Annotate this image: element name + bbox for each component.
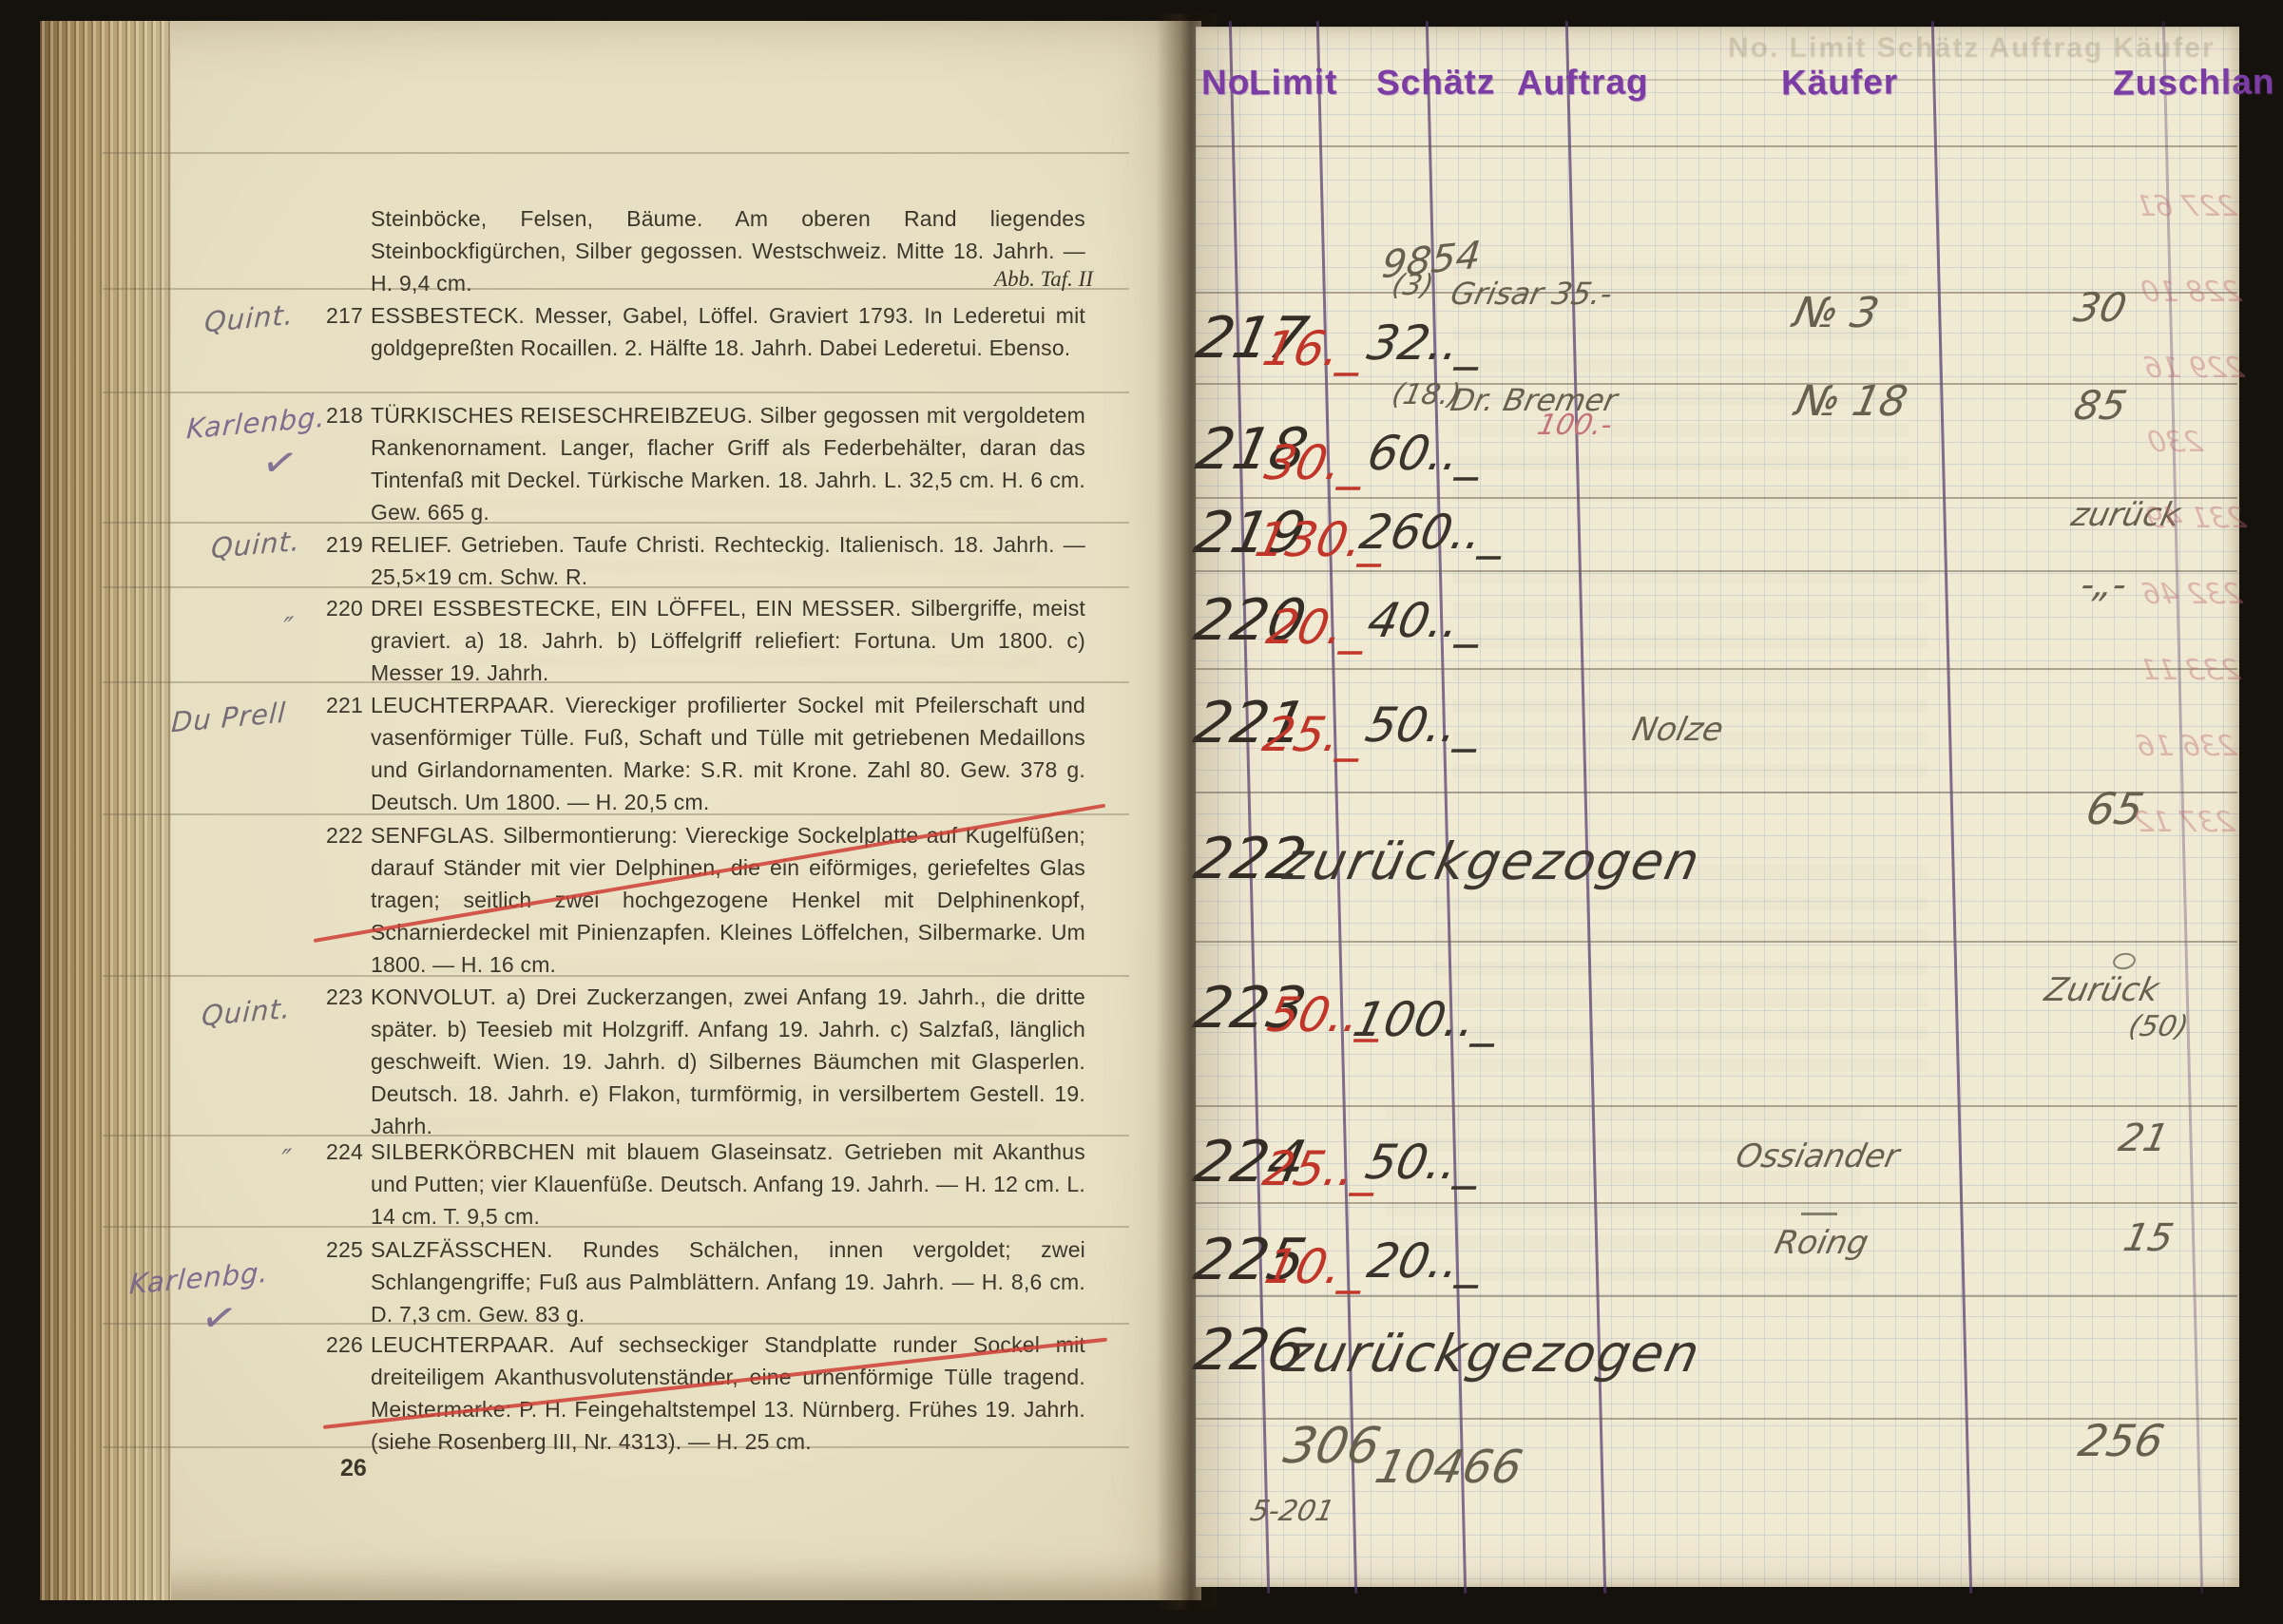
row-rule (1196, 941, 2237, 943)
margin-note-220-ditto: ″ (282, 610, 296, 643)
entry-text: SENFGLAS. Silbermontierung: Viereckige S… (371, 823, 1085, 977)
withdrawn-note: zurückgezogen (1279, 836, 1705, 888)
catalog-entry-225: 225 SALZFÄSSCHEN. Rundes Schälchen, inne… (371, 1233, 1085, 1330)
schaetz-value: 60.._ (1364, 430, 1488, 477)
rule-line (103, 152, 1129, 154)
kaeufer-entry: Roing (1772, 1227, 1871, 1259)
entry-text: ESSBESTECK. Messer, Gabel, Löffel. Gravi… (371, 303, 1085, 360)
catalog-entry-217: 217 ESSBESTECK. Messer, Gabel, Löffel. G… (371, 299, 1085, 364)
limit-value: 10._ (1261, 1243, 1371, 1290)
schaetz-value: 40.._ (1364, 597, 1488, 644)
bleedthrough-number: 233 11 (2138, 654, 2243, 687)
entry-number: 224 (310, 1136, 363, 1168)
header-auftrag: Auftrag (1517, 62, 1649, 103)
limit-value: 16._ (1259, 325, 1369, 373)
bleedthrough-number: 237 12 (2132, 806, 2237, 839)
zuschlag-value: 30 (2071, 288, 2130, 328)
schaetz-value: 20.._ (1364, 1237, 1488, 1285)
limit-value: 20._ (1263, 603, 1372, 651)
auftrag-entry: Grisar 35.- (1448, 278, 1616, 309)
catalog-entry-223: 223 KONVOLUT. a) Drei Zuckerzangen, zwei… (371, 981, 1085, 1142)
catalog-entry-218: 218 TÜRKISCHES REISESCHREIBZEUG. Silber … (371, 399, 1085, 528)
schaetz-value: 260.._ (1356, 508, 1511, 556)
schaetz-prenote: (3) (1390, 272, 1436, 300)
entry-number: 217 (310, 299, 363, 332)
entry-text: LEUCHTERPAAR. Auf sechseckiger Standplat… (371, 1332, 1085, 1454)
bleedthrough-number: 236 16 (2134, 730, 2239, 763)
row-rule (1196, 570, 2237, 572)
rule-line (103, 392, 1129, 393)
bleedthrough-number: 228 10 (2139, 276, 2244, 309)
header-kaeufer: Käufer (1781, 62, 1899, 103)
header-limit: Limit (1249, 63, 1338, 104)
kaeufer-entry: Ossiander (1733, 1140, 1902, 1173)
checkmark-icon: ✓ (197, 1291, 241, 1347)
catalog-entry-220: 220 DREI ESSBESTECKE, EIN LÖFFEL, EIN ME… (371, 592, 1085, 689)
zuschlag-value: 15 (2120, 1219, 2177, 1257)
margin-note-223: Quint. (201, 992, 292, 1033)
left-page: Steinböcke, Felsen, Bäume. Am oberen Ran… (40, 21, 1201, 1600)
zuschlag-circle-mark (2111, 951, 2137, 972)
schaetz-value: 50.._ (1362, 1138, 1487, 1186)
kaeufer-entry: № 3 (1790, 293, 1882, 334)
schaetz-value: 100.._ (1350, 996, 1505, 1043)
entry-text: TÜRKISCHES REISESCHREIBZEUG. Silber gego… (371, 403, 1085, 525)
row-rule (1196, 1202, 2237, 1204)
schaetz-value: 50.._ (1362, 701, 1487, 749)
entry-text: KONVOLUT. a) Drei Zuckerzangen, zwei Anf… (371, 984, 1085, 1138)
margin-note-217: Quint. (203, 298, 295, 339)
total-limit-sub: 5-201 (1248, 1498, 1337, 1526)
margin-note-218: Karlenbg. (185, 400, 326, 445)
row-rule (1196, 1295, 2237, 1297)
entry-number: 225 (310, 1233, 363, 1266)
entry-number: 222 (310, 819, 363, 851)
limit-value: 25._ (1259, 711, 1369, 758)
bleedthrough-number: 231 49 (2143, 502, 2249, 535)
total-zuschlag: 256 (2075, 1419, 2168, 1462)
entry-number: 223 (310, 981, 363, 1013)
entry-number: 226 (310, 1328, 363, 1361)
auftrag-amount: 100.- (1535, 411, 1615, 440)
zuschlag-note: Zurück (2042, 974, 2161, 1006)
catalog-entry-222: 222 SENFGLAS. Silbermontierung: Vierecki… (371, 819, 1085, 981)
column-rule (1931, 21, 1972, 1594)
entry-text: RELIEF. Getrieben. Taufe Christi. Rechte… (371, 532, 1085, 589)
book-photo: Steinböcke, Felsen, Bäume. Am oberen Ran… (0, 0, 2283, 1624)
row-rule (1196, 1105, 2237, 1107)
bleedthrough-number: 229 16 (2141, 352, 2247, 385)
print-bleedthrough (1433, 863, 1928, 1072)
entry-number: 221 (310, 689, 363, 721)
entry-number: 219 (310, 528, 363, 561)
entry-text: SALZFÄSSCHEN. Rundes Schälchen, innen ve… (371, 1237, 1085, 1327)
total-schaetz: 10466 (1372, 1444, 1526, 1490)
kaeufer-entry: Nolze (1629, 714, 1726, 746)
row-rule (1196, 79, 2237, 81)
catalog-entry-219: 219 RELIEF. Getrieben. Taufe Christi. Re… (371, 528, 1085, 593)
withdrawn-note: zurückgezogen (1279, 1328, 1705, 1380)
margin-note-221: Du Prell (170, 697, 287, 739)
row-rule (1196, 792, 2237, 793)
catalog-entry-226: 226 LEUCHTERPAAR. Auf sechseckiger Stand… (371, 1328, 1085, 1458)
zuschlag-ditto: -„- (2078, 566, 2130, 602)
page-stack-edge (40, 21, 171, 1600)
schaetz-value: 32.._ (1364, 319, 1488, 367)
catalog-entry-221: 221 LEUCHTERPAAR. Viereckiger profiliert… (371, 689, 1085, 818)
total-limit: 306 (1279, 1422, 1384, 1471)
header-schaetz: Schätz (1376, 62, 1496, 103)
catalog-entry-224: 224 SILBERKÖRBCHEN mit blauem Glaseinsat… (371, 1136, 1085, 1232)
bleedthrough-number: 230 (2145, 426, 2205, 459)
zuschlag-value: 21 (2116, 1119, 2172, 1157)
plate-reference: Abb. Taf. II (941, 267, 1093, 292)
zuschlag-subnote: (50) (2126, 1013, 2191, 1041)
right-page-ledger: No. Limit Schätz Auftrag Käufer No. Limi… (1196, 27, 2239, 1587)
limit-value: 30._ (1261, 439, 1371, 487)
header-bleedthrough: No. Limit Schätz Auftrag Käufer (1728, 32, 2216, 65)
header-zuschlag: Zuschlan (2113, 62, 2275, 103)
margin-note-219: Quint. (210, 525, 301, 565)
entry-text: SILBERKÖRBCHEN mit blauem Glaseinsatz. G… (371, 1139, 1085, 1229)
row-rule (1196, 668, 2237, 670)
kaeufer-entry: № 18 (1792, 381, 1910, 423)
page-number: 26 (340, 1455, 367, 1482)
entry-number: 220 (310, 592, 363, 624)
row-rule (1196, 145, 2237, 147)
margin-note-224-ditto: ″ (280, 1142, 294, 1175)
zuschlag-value: 85 (2071, 386, 2130, 426)
bleedthrough-number: 227 61 (2134, 190, 2239, 223)
kaeufer-dash-mark (1801, 1213, 1837, 1215)
entry-text: DREI ESSBESTECKE, EIN LÖFFEL, EIN MESSER… (371, 596, 1085, 685)
entry-text: LEUCHTERPAAR. Viereckiger profilierter S… (371, 693, 1085, 814)
bleedthrough-number: 232 46 (2139, 578, 2245, 611)
checkmark-icon: ✓ (258, 436, 302, 491)
